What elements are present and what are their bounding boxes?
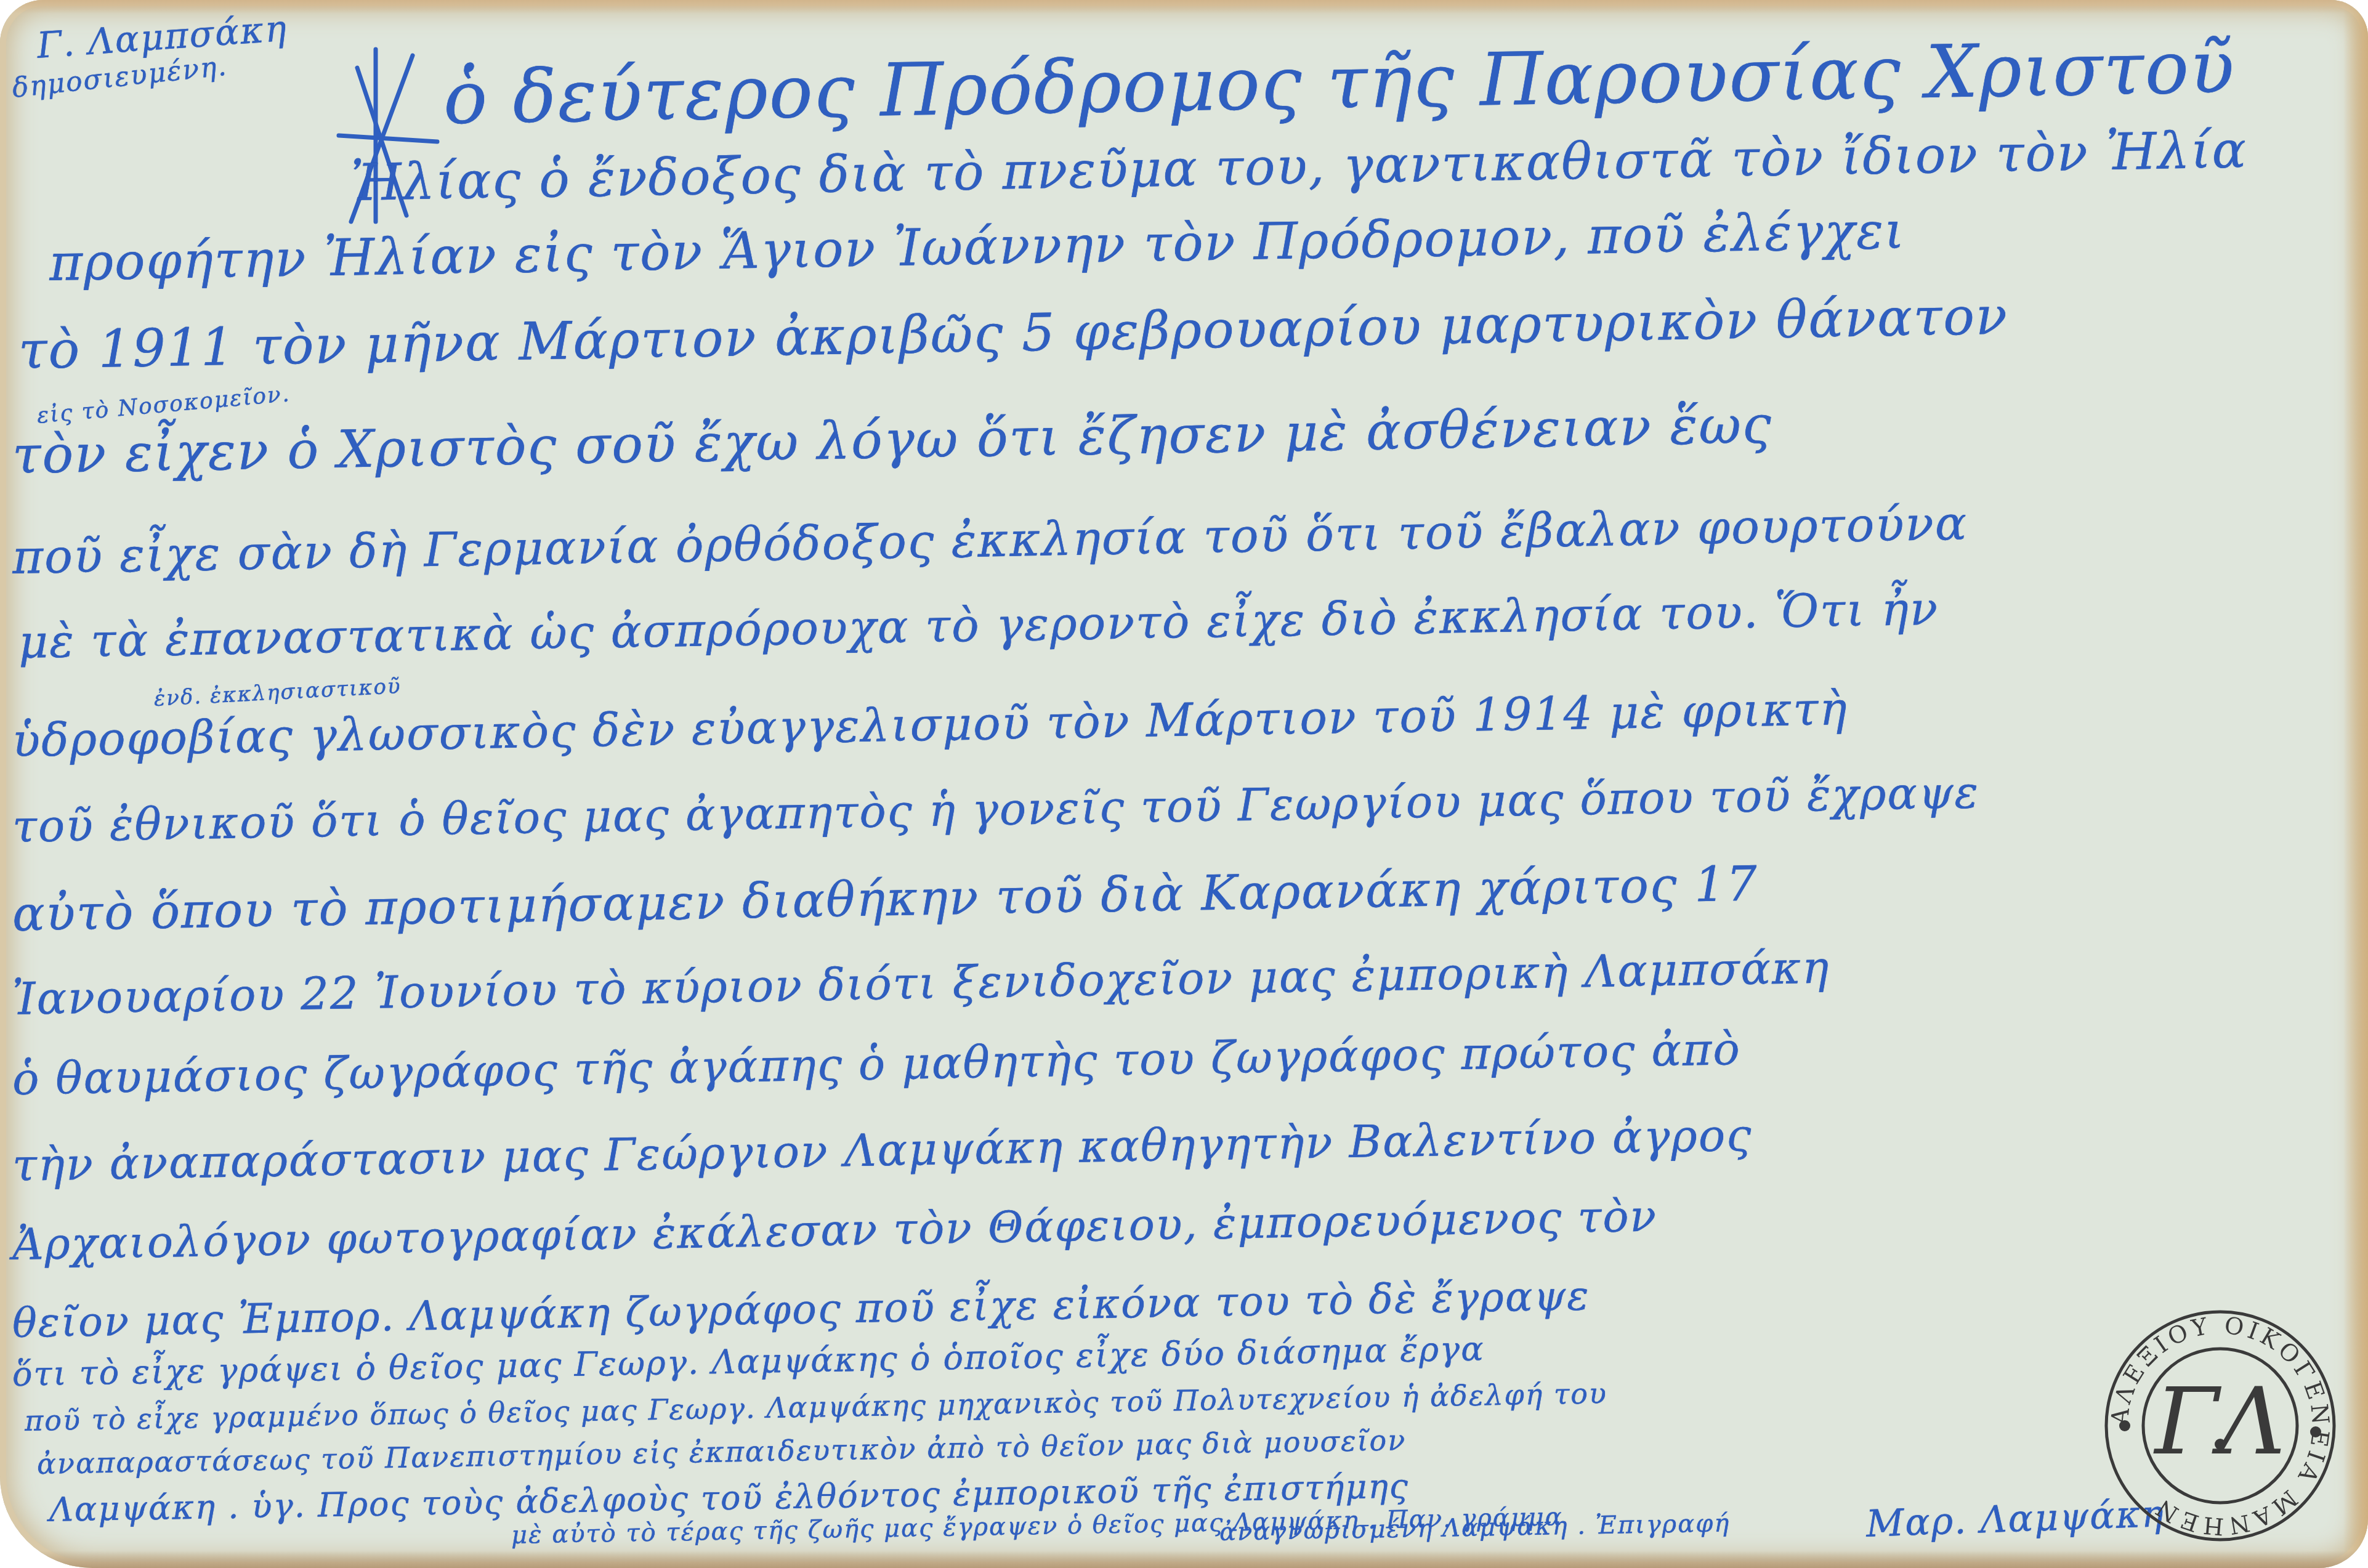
body-line-8: τοῦ ἐθνικοῦ ὅτι ὁ θεῖος μας ἀγαπητὸς ἡ γ… — [12, 766, 1980, 852]
postcard: Γ. Λαμπσάκη δημοσιευμένη. ὁ δεύτερος Πρό… — [0, 0, 2368, 1568]
body-line-10: Ἰανουαρίου 22 Ἰουνίου τὸ κύριον διότι ξε… — [12, 941, 1830, 1025]
interlinear-note-2: ἐνδ. ἐκκλησιαστικοῦ — [153, 674, 402, 711]
body-line-12: τὴν ἀναπαράστασιν μας Γεώργιον Λαμψάκη κ… — [12, 1109, 1753, 1191]
body-line-3: τὸ 1911 τὸν μῆνα Μάρτιον ἀκριβῶς 5 φεβρο… — [18, 286, 2009, 381]
body-line-6: μὲ τὰ ἐπαναστατικὰ ὡς ἀσπρόρουχα τὸ γερο… — [18, 583, 1939, 669]
paper-edge-right — [2343, 0, 2368, 1568]
body-line-2: προφήτην Ἠλίαν εἰς τὸν Ἅγιον Ἰωάννην τὸν… — [49, 201, 1906, 293]
body-line-13: Ἀρχαιολόγον φωτογραφίαν ἐκάλεσαν τὸν Θάφ… — [12, 1190, 1657, 1270]
body-line-9: αὐτὸ ὅπου τὸ προτιμήσαμεν διαθήκην τοῦ δ… — [12, 857, 1758, 942]
body-line-4: τὸν εἶχεν ὁ Χριστὸς σοῦ ἔχω λόγω ὅτι ἔζη… — [12, 394, 1772, 485]
archive-stamp: ΑΛΕΞΙΟΥ ΟΙΚΟΓΕΝΕΙΑ ΜΑΝΗΕΝ ΓΛ — [2097, 1303, 2343, 1549]
body-line-5: ποῦ εἶχε σὰν δὴ Γερμανία ὀρθόδοξος ἐκκλη… — [12, 496, 1968, 584]
paper-edge-bottom — [0, 1551, 2368, 1568]
paper-edge-top — [0, 0, 2368, 14]
body-line-11: ὁ θαυμάσιος ζωγράφος τῆς ἀγάπης ὁ μαθητὴ… — [12, 1023, 1741, 1105]
heading-line: ὁ δεύτερος Πρόδρομος τῆς Παρουσίας Χριστ… — [443, 24, 2236, 140]
stamp-seal-icon: ΑΛΕΞΙΟΥ ΟΙΚΟΓΕΝΕΙΑ ΜΑΝΗΕΝ ΓΛ — [2097, 1303, 2343, 1549]
svg-text:ΓΛ: ΓΛ — [2153, 1368, 2285, 1476]
